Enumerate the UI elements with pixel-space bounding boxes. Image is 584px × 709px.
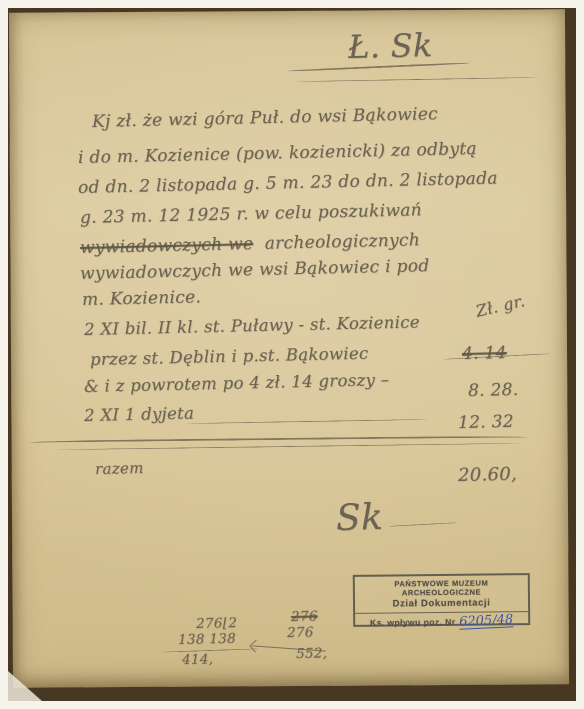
signature-flourish-line <box>388 522 458 527</box>
stamp-registry-label: Ks. wpływu poz. Nr <box>370 617 456 630</box>
note-line-1: Kj zł. że wzi góra Puł. do wsi Bąkowiec <box>92 104 438 132</box>
total-separator-line-1 <box>28 435 528 442</box>
cost-item-1-amount-struck: 4. 14 <box>462 343 507 364</box>
calc-right-row1-struck: 276 <box>291 608 318 625</box>
cost-item-3-amount: 12. 32 <box>458 412 514 433</box>
stamp-institution-name: PAŃSTWOWE MUZEUM ARCHEOLOGICZNE <box>355 578 528 598</box>
museum-stamp: PAŃSTWOWE MUZEUM ARCHEOLOGICZNE Dział Do… <box>353 573 531 627</box>
initials-top: Ł. Sk <box>348 26 433 66</box>
currency-column-header: Zł. gr. <box>474 291 527 321</box>
cost-item-2-amount: 8. 28. <box>468 380 519 401</box>
note-line-5: wywiadowczych we archeologicznych <box>80 230 420 258</box>
handwriting-layer: Ł. Sk Kj zł. że wzi góra Puł. do wsi Bąk… <box>0 0 584 709</box>
note-line-5-struck: wywiadowczych we <box>80 234 254 258</box>
calc-left-result: 414, <box>182 651 214 668</box>
cost-item-1-line-1: 2 XI bil. II kl. st. Puławy - st. Kozien… <box>84 312 420 339</box>
calc-left-row2: 138 138 <box>178 631 236 648</box>
signature-bottom: Sk <box>336 497 384 539</box>
cost-item-1-line-2: przez st. Dęblin i p.st. Bąkowiec <box>90 344 369 369</box>
note-line-6: wywiadowczych we wsi Bąkowiec i pod <box>80 256 430 284</box>
stamp-department: Dział Dokumentacji <box>355 597 528 610</box>
calc-right-result: 552, <box>296 645 328 662</box>
note-line-3: od dn. 2 listopada g. 5 m. 23 do dn. 2 l… <box>78 168 498 198</box>
cost-item-3-text: 2 XI 1 dyjeta <box>84 404 195 425</box>
dyjeta-dash-line <box>186 419 428 424</box>
total-label: razem <box>95 459 144 478</box>
calc-left-dividend: 276⌊2 <box>196 615 237 632</box>
total-separator-line-2 <box>58 443 520 450</box>
calc-right-row2: 276 <box>287 624 314 641</box>
total-amount: 20.60, <box>458 464 518 486</box>
note-line-5-rest: archeologicznych <box>264 230 420 254</box>
stamp-registry-number-handwritten: 6205/48 <box>459 613 514 629</box>
note-line-7: m. Kozienice. <box>82 287 202 310</box>
note-line-4: g. 23 m. 12 1925 r. w celu poszukiwań <box>80 200 422 228</box>
note-line-2: i do m. Kozienice (pow. kozienicki) za o… <box>78 139 477 168</box>
pencil-underline-top-2 <box>296 77 538 82</box>
cost-item-2-text: & i z powrotem po 4 zł. 14 groszy – <box>84 370 390 396</box>
